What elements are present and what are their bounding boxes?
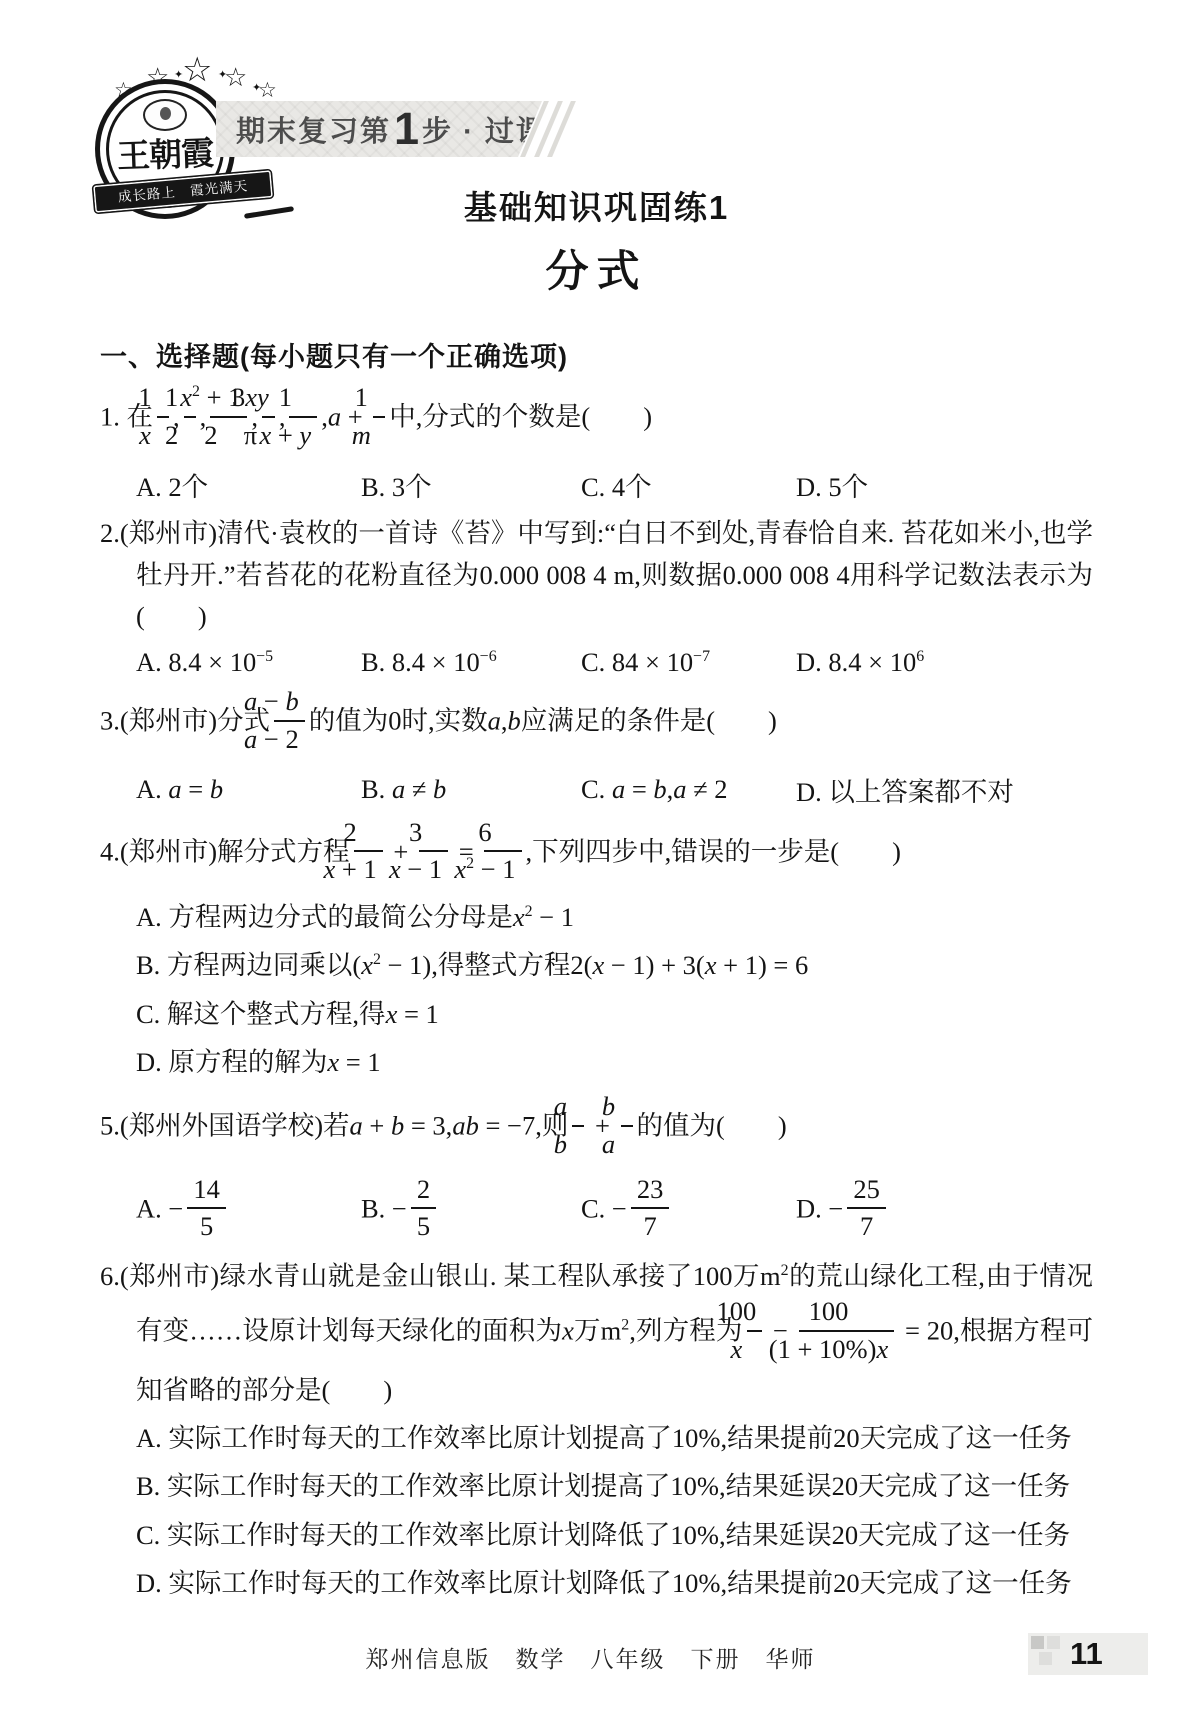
question-1-options: A. 2个 B. 3个 C. 4个 D. 5个 bbox=[100, 465, 1093, 504]
chapter-banner: 期末复习第 1 步 · 过课本 bbox=[216, 101, 542, 157]
question-5-options: A. −145 B. −25 C. −237 D. −257 bbox=[100, 1175, 1093, 1247]
question-2-option-c: C. 84 × 10−7 bbox=[581, 647, 796, 678]
question-2-stem: 2.(郑州市)清代·袁枚的一首诗《苔》中写到:“白日不到处,青春恰自来. 苔花如… bbox=[100, 513, 1093, 637]
sparkle-icon: ✦ bbox=[174, 69, 183, 80]
question-2-option-b: B. 8.4 × 10−6 bbox=[361, 647, 581, 678]
main-content: 基础知识巩固练1 分式 一、选择题(每小题只有一个正确选项) 1. 在1x,12… bbox=[100, 182, 1093, 1604]
question-4-option-b: B. 方程两边同乘以(x2 − 1),得整式方程2(x − 1) + 3(x +… bbox=[136, 945, 1093, 986]
question-6-option-d: D. 实际工作时每天的工作效率比原计划降低了10%,结果提前20天完成了这一任务 bbox=[136, 1563, 1093, 1604]
question-2-option-a: A. 8.4 × 10−5 bbox=[136, 647, 361, 678]
page-number: 11 bbox=[1070, 1636, 1103, 1672]
star-icon: ☆ bbox=[114, 80, 133, 101]
page-number-decoration bbox=[1031, 1636, 1044, 1649]
page-number-block: 11 bbox=[1028, 1633, 1148, 1675]
question-6-option-b: B. 实际工作时每天的工作效率比原计划提高了10%,结果延误20天完成了这一任务 bbox=[136, 1466, 1093, 1507]
question-4-option-c: C. 解这个整式方程,得x = 1 bbox=[136, 994, 1093, 1035]
question-3-option-a: A. a = b bbox=[136, 774, 361, 805]
banner-text-pre: 期末复习第 bbox=[236, 109, 391, 150]
page-number-decoration bbox=[1039, 1652, 1052, 1665]
banner-step-number: 1 bbox=[394, 103, 419, 155]
question-2-option-d: D. 8.4 × 106 bbox=[796, 647, 1093, 678]
question-1-option-b: B. 3个 bbox=[361, 465, 581, 504]
page-title: 基础知识巩固练1 bbox=[100, 182, 1093, 229]
logo-brand-name: 王朝霞 bbox=[108, 127, 222, 178]
question-4-stem: 4.(郑州市)解分式方程2x + 1 + 3x − 1 = 6x2 − 1,下列… bbox=[100, 818, 1093, 890]
question-4-option-d: D. 原方程的解为x = 1 bbox=[136, 1042, 1093, 1083]
question-6-options: A. 实际工作时每天的工作效率比原计划提高了10%,结果提前20天完成了这一任务… bbox=[100, 1418, 1093, 1604]
question-6-stem: 6.(郑州市)绿水青山就是金山银山. 某工程队承接了100万m2的荒山绿化工程,… bbox=[100, 1256, 1093, 1411]
question-3-option-b: B. a ≠ b bbox=[361, 774, 581, 805]
sparkle-icon: ✦ bbox=[218, 69, 227, 80]
question-4-option-a: A. 方程两边分式的最简公分母是x2 − 1 bbox=[136, 897, 1093, 938]
question-2-options: A. 8.4 × 10−5 B. 8.4 × 10−6 C. 84 × 10−7… bbox=[100, 647, 1093, 678]
question-6-option-a: A. 实际工作时每天的工作效率比原计划提高了10%,结果提前20天完成了这一任务 bbox=[136, 1418, 1093, 1459]
page-number-decoration bbox=[1047, 1636, 1060, 1649]
sparkle-icon: ✦ bbox=[252, 82, 261, 93]
sparkle-icon: ✦ bbox=[138, 82, 147, 93]
question-3-option-d: D. 以上答案都不对 bbox=[796, 770, 1093, 809]
section-heading: 一、选择题(每小题只有一个正确选项) bbox=[100, 335, 1093, 374]
star-icon: ☆ bbox=[224, 65, 247, 91]
question-3-options: A. a = b B. a ≠ b C. a = b,a ≠ 2 D. 以上答案… bbox=[100, 770, 1093, 809]
question-5-stem: 5.(郑州外国语学校)若a + b = 3,ab = −7,则ab + ba的值… bbox=[100, 1092, 1093, 1164]
question-1-option-a: A. 2个 bbox=[136, 465, 361, 504]
star-icon: ☆ bbox=[146, 65, 169, 91]
question-3-option-c: C. a = b,a ≠ 2 bbox=[581, 774, 796, 805]
banner-stripe bbox=[547, 101, 576, 157]
question-6-option-c: C. 实际工作时每天的工作效率比原计划降低了10%,结果延误20天完成了这一任务 bbox=[136, 1515, 1093, 1556]
question-1-option-c: C. 4个 bbox=[581, 465, 796, 504]
question-5-option-d: D. −257 bbox=[796, 1175, 1093, 1247]
star-icon: ☆ bbox=[182, 53, 212, 87]
page-subtitle: 分式 bbox=[100, 238, 1093, 299]
question-5-option-b: B. −25 bbox=[361, 1175, 581, 1247]
portrait-icon bbox=[143, 99, 187, 131]
question-5-option-a: A. −145 bbox=[136, 1175, 361, 1247]
question-3-stem: 3.(郑州市)分式a − ba − 2的值为0时,实数a,b应满足的条件是( ) bbox=[100, 687, 1093, 759]
footer-text: 郑州信息版 数学 八年级 下册 华师 bbox=[0, 1641, 1181, 1674]
question-1-option-d: D. 5个 bbox=[796, 465, 1093, 504]
question-5-option-c: C. −237 bbox=[581, 1175, 796, 1247]
question-4-options: A. 方程两边分式的最简公分母是x2 − 1 B. 方程两边同乘以(x2 − 1… bbox=[100, 897, 1093, 1083]
question-1-stem: 1. 在1x,12,x2 + 12,3xyπ,1x + y,a + 1m中,分式… bbox=[100, 383, 1093, 455]
worksheet-page: { "header": { "logo": { "brand": "王朝霞", … bbox=[0, 0, 1181, 1730]
